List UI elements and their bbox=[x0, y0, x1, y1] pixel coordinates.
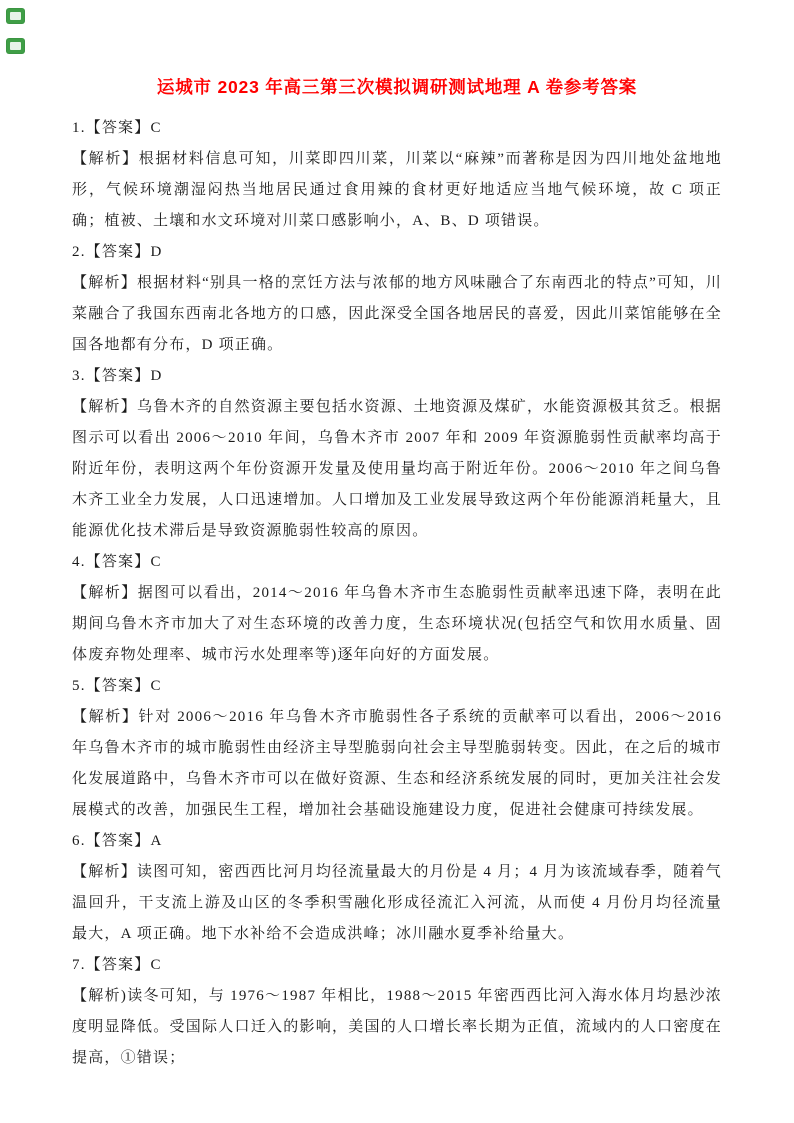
green-doc-badge-icon[interactable] bbox=[6, 8, 25, 24]
qa-item: 5.【答案】C 【解析】针对 2006～2016 年乌鲁木齐市脆弱性各子系统的贡… bbox=[72, 671, 722, 826]
answer-line: 1.【答案】C bbox=[72, 113, 722, 144]
analysis-paragraph: 【解析】根据材料“别具一格的烹饪方法与浓郁的地方风味融合了东南西北的特点”可知，… bbox=[72, 268, 722, 361]
answer-line: 5.【答案】C bbox=[72, 671, 722, 702]
analysis-paragraph: 【解析】据图可以看出，2014～2016 年乌鲁木齐市生态脆弱性贡献率迅速下降，… bbox=[72, 578, 722, 671]
qa-item: 7.【答案】C 【解析)读冬可知，与 1976～1987 年相比，1988～20… bbox=[72, 950, 722, 1074]
green-doc-badge-icon[interactable] bbox=[6, 38, 25, 54]
answer-line: 2.【答案】D bbox=[72, 237, 722, 268]
document-page: 运城市 2023 年高三第三次模拟调研测试地理 A 卷参考答案 1.【答案】C … bbox=[0, 0, 794, 1123]
analysis-paragraph: 【解析】根据材料信息可知，川菜即四川菜，川菜以“麻辣”而著称是因为四川地处盆地地… bbox=[72, 144, 722, 237]
qa-item: 2.【答案】D 【解析】根据材料“别具一格的烹饪方法与浓郁的地方风味融合了东南西… bbox=[72, 237, 722, 361]
analysis-paragraph: 【解析】针对 2006～2016 年乌鲁木齐市脆弱性各子系统的贡献率可以看出，2… bbox=[72, 702, 722, 826]
analysis-paragraph: 【解析】乌鲁木齐的自然资源主要包括水资源、土地资源及煤矿，水能资源极其贫乏。根据… bbox=[72, 392, 722, 547]
analysis-paragraph: 【解析】读图可知，密西西比河月均径流量最大的月份是 4 月；4 月为该流域春季，… bbox=[72, 857, 722, 950]
analysis-paragraph: 【解析)读冬可知，与 1976～1987 年相比，1988～2015 年密西西比… bbox=[72, 981, 722, 1074]
qa-item: 6.【答案】A 【解析】读图可知，密西西比河月均径流量最大的月份是 4 月；4 … bbox=[72, 826, 722, 950]
page-title: 运城市 2023 年高三第三次模拟调研测试地理 A 卷参考答案 bbox=[72, 74, 722, 101]
answer-line: 6.【答案】A bbox=[72, 826, 722, 857]
qa-item: 4.【答案】C 【解析】据图可以看出，2014～2016 年乌鲁木齐市生态脆弱性… bbox=[72, 547, 722, 671]
document-content: 运城市 2023 年高三第三次模拟调研测试地理 A 卷参考答案 1.【答案】C … bbox=[72, 74, 722, 1074]
answer-line: 7.【答案】C bbox=[72, 950, 722, 981]
answer-line: 3.【答案】D bbox=[72, 361, 722, 392]
answer-line: 4.【答案】C bbox=[72, 547, 722, 578]
qa-item: 1.【答案】C 【解析】根据材料信息可知，川菜即四川菜，川菜以“麻辣”而著称是因… bbox=[72, 113, 722, 237]
qa-item: 3.【答案】D 【解析】乌鲁木齐的自然资源主要包括水资源、土地资源及煤矿，水能资… bbox=[72, 361, 722, 547]
